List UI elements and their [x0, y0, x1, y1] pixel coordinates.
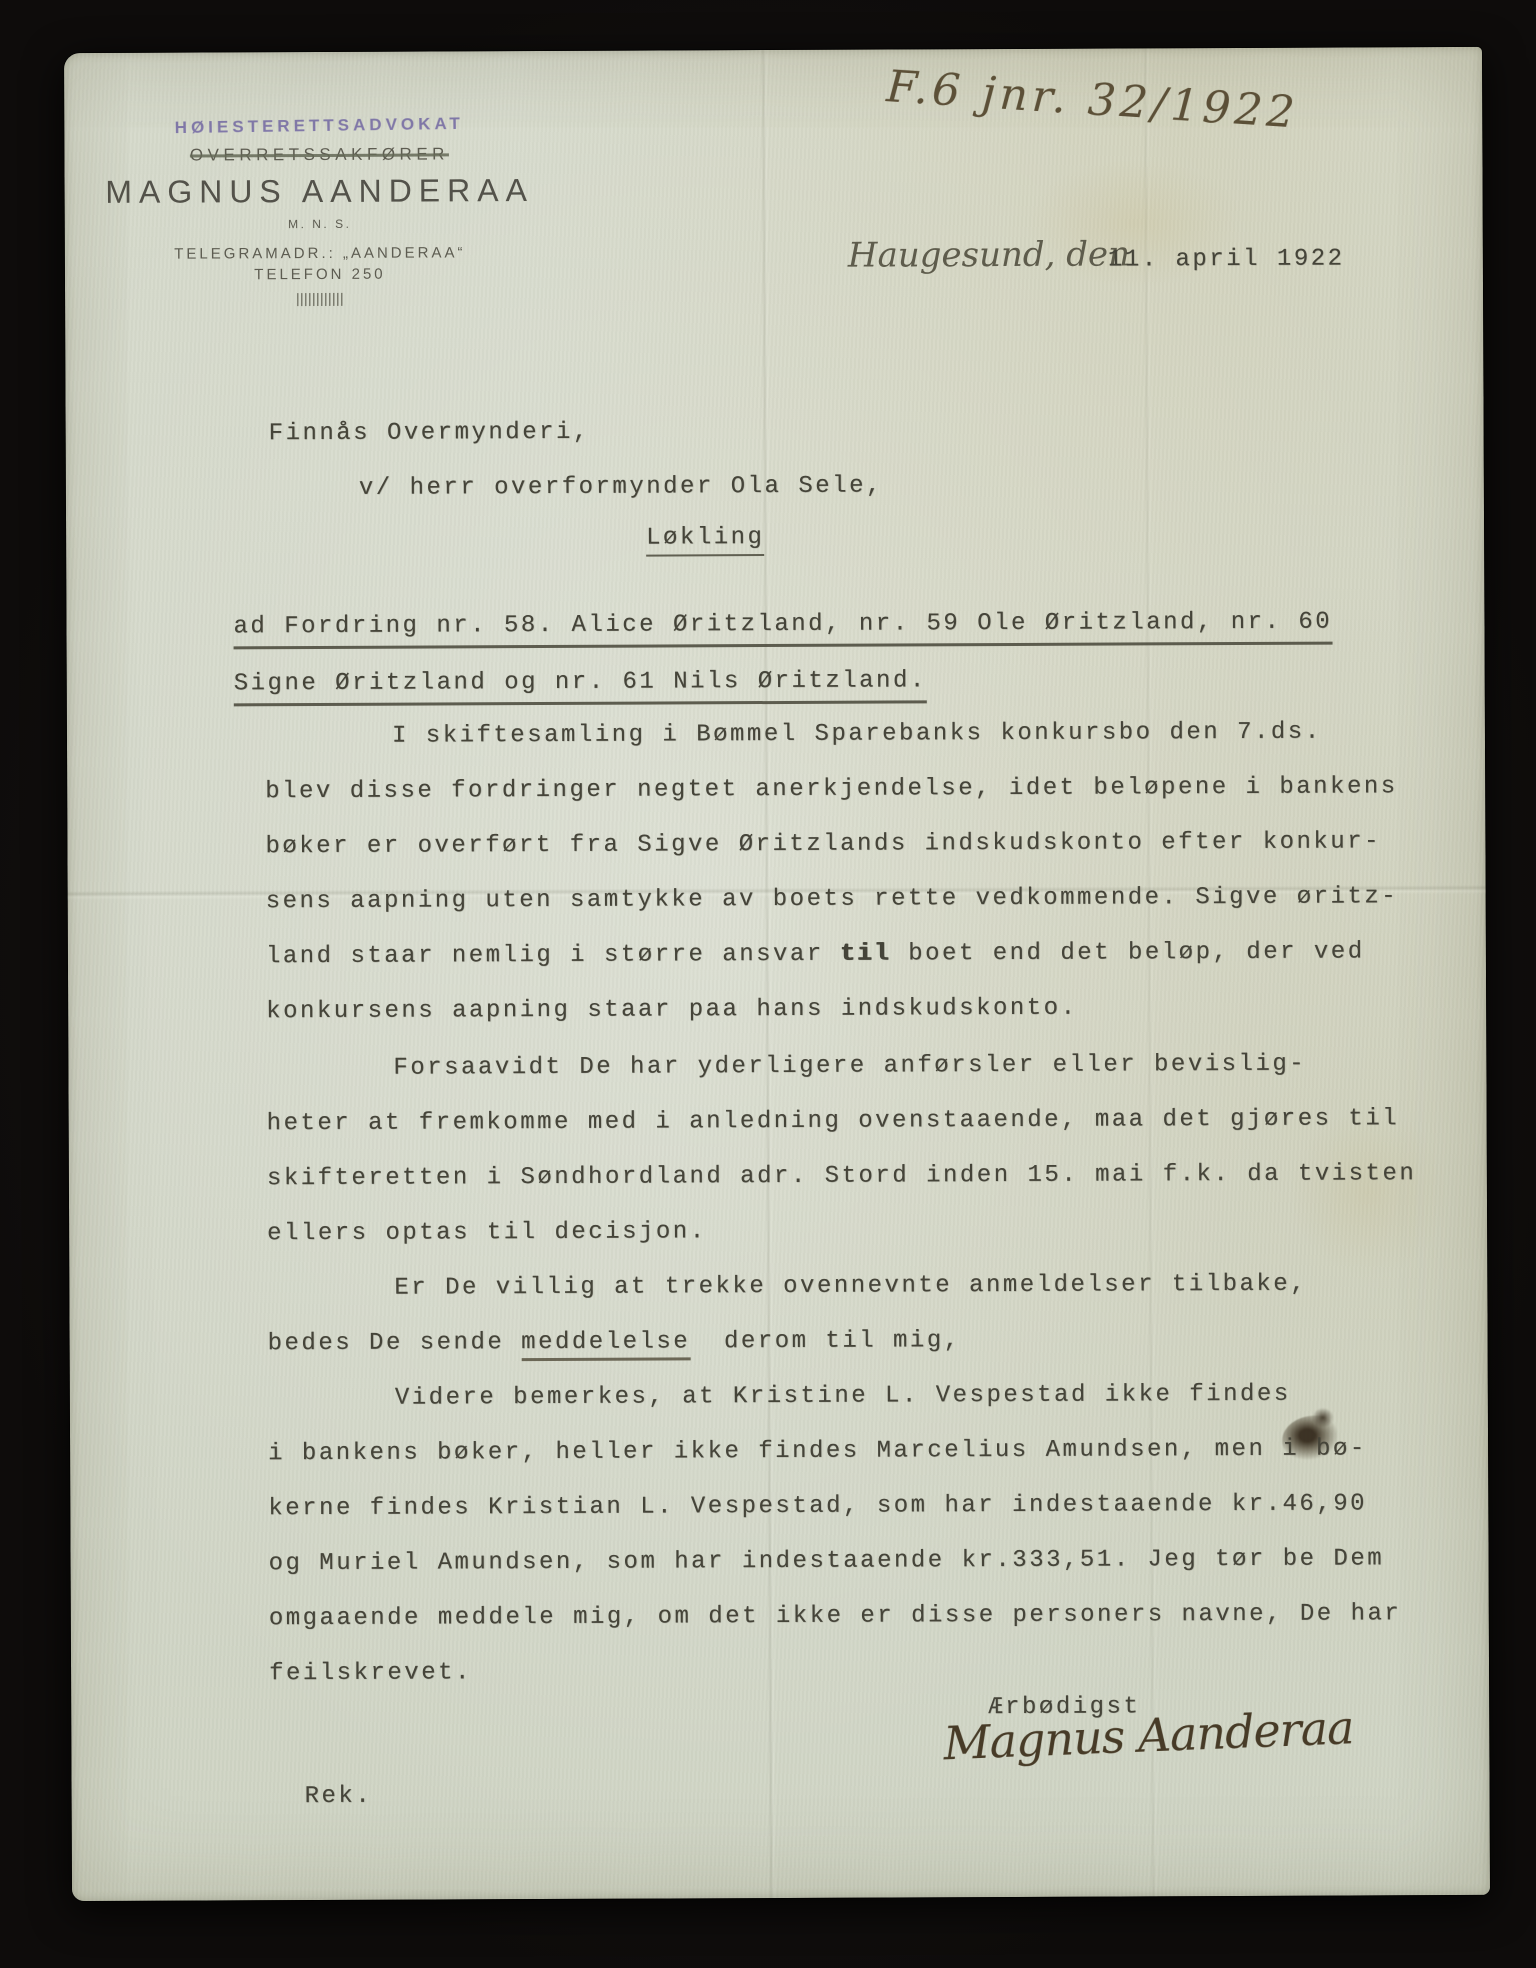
body-line: sens aapning uten samtykke av boets rett…: [266, 883, 1399, 915]
body-line: Er De villig at trekke ovennevnte anmeld…: [394, 1271, 1307, 1302]
body-line: og Muriel Amundsen, som har indestaaende…: [269, 1545, 1385, 1577]
body-line: omgaaende meddele mig, om det ikke er di…: [269, 1600, 1402, 1632]
body-line: kerne findes Kristian L. Vespestad, som …: [268, 1490, 1367, 1522]
hatch-mark: [297, 293, 343, 306]
recipient-block: Finnås Overmynderi, v/ herr overformynde…: [64, 47, 1482, 53]
paragraph-2: Forsaavidt De har yderligere anførsler e…: [64, 47, 1482, 53]
body-line: ellers optas til decisjon.: [267, 1218, 707, 1247]
paragraph-3: Er De villig at trekke ovennevnte anmeld…: [64, 47, 1482, 53]
paragraph-1: I skiftesamling i Bømmel Sparebanks konk…: [64, 47, 1482, 53]
credentials: M. N. S.: [95, 216, 545, 232]
recipient-line-1: Finnås Overmynderi,: [269, 419, 590, 447]
body-line: bøker er overført fra Sigve Øritzlands i…: [265, 828, 1381, 860]
closing-block: Ærbødigst Magnus Aanderaa Rek.: [64, 47, 1482, 53]
letterhead: HØIESTERETTSADVOKAT OVERRETSSAKFØRER MAG…: [94, 115, 545, 312]
recipient-place-underlined: Løkling: [646, 524, 764, 557]
underlined-word: meddelelse: [521, 1328, 690, 1361]
telegram-address: TELEGRAMADR.: „AANDERAA“: [95, 244, 545, 263]
subject-line-1: ad Fordring nr. 58. Alice Øritzland, nr.…: [233, 609, 1332, 650]
recipient-line-2: v/ herr overformynder Ola Sele,: [359, 473, 883, 502]
journal-number-handwritten: F.6 jnr. 32/1922: [885, 61, 1300, 139]
body-line: Videre bemerkes, at Kristine L. Vespesta…: [395, 1381, 1291, 1412]
firm-name: MAGNUS AANDERAA: [95, 172, 545, 211]
body-line: konkursens aapning staar paa hans indsku…: [266, 995, 1077, 1026]
body-line: heter at fremkomme med i anledning ovens…: [267, 1105, 1400, 1137]
body-line: I skiftesamling i Bømmel Sparebanks konk…: [392, 719, 1322, 750]
body-line: blev disse fordringer negtet anerkjendel…: [265, 773, 1398, 805]
body-line: feilskrevet.: [269, 1659, 472, 1687]
scan-background: HØIESTERETTSADVOKAT OVERRETSSAKFØRER MAG…: [0, 0, 1536, 1968]
subject-block: ad Fordring nr. 58. Alice Øritzland, nr.…: [64, 47, 1482, 53]
paper-stain: [1289, 1107, 1450, 1278]
body-line: bedes De sende meddelelse derom til mig,: [268, 1327, 961, 1362]
phone-number: TELEFON 250: [95, 265, 545, 284]
letter-paper: HØIESTERETTSADVOKAT OVERRETSSAKFØRER MAG…: [64, 47, 1490, 1901]
body-line: i bankens bøker, heller ikke findes Marc…: [268, 1435, 1367, 1467]
body-line: land staar nemlig i større ansvar til bo…: [266, 938, 1365, 970]
rubber-stamp-title: HØIESTERETTSADVOKAT: [94, 113, 544, 140]
body-line: Forsaavidt De har yderligere anførsler e…: [393, 1051, 1306, 1082]
postscript-rek: Rek.: [305, 1783, 373, 1810]
overtyped-word: til: [841, 941, 892, 968]
dateline-place-script: Haugesund, den: [848, 234, 1130, 275]
recipient-line-3: Løkling: [646, 524, 764, 557]
struck-out-title: OVERRETSSAKFØRER: [94, 144, 544, 166]
subject-line-2: Signe Øritzland og nr. 61 Nils Øritzland…: [234, 667, 927, 706]
body-line: skifteretten i Søndhordland adr. Stord i…: [267, 1160, 1416, 1192]
paragraph-4: Videre bemerkes, at Kristine L. Vespesta…: [64, 47, 1482, 53]
dateline-date-typed: 11. april 1922: [1108, 246, 1345, 274]
